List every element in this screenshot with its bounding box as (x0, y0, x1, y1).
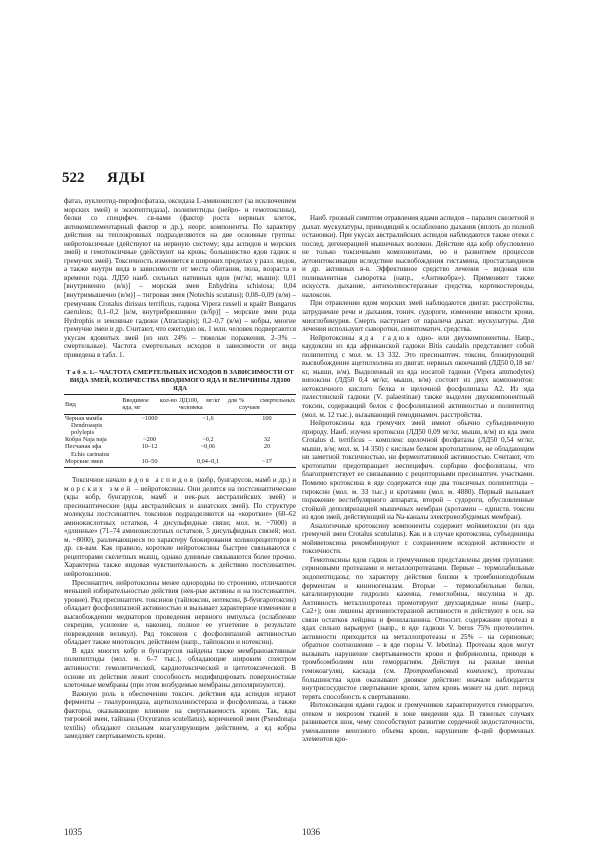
paragraph: Нейротоксины яда гадюк одно- или двухком… (302, 334, 534, 419)
paragraph: В ядах многих кобр и бунгарусов найдены … (64, 647, 296, 690)
paragraph: Нейротоксины яда гремучих змей имеют обы… (302, 419, 534, 522)
table-header: ЛД100, мг/кг для человека (178, 395, 238, 414)
mortality-table: Вид Вводимое кол-во яда, мг ЛД100, мг/кг… (64, 394, 296, 468)
paragraph: Аналогичные кротоксину компоненты содерж… (302, 522, 534, 556)
table-row: Кобра Naja naja ~200 ~0,2 32 (64, 436, 296, 443)
table-row: Песчаная эфаEchis carinatus 10–12 ~0,06 … (64, 443, 296, 457)
paragraph: Пресинаптич. нейротоксины менее однородн… (64, 579, 296, 647)
table-header: % смертельных случаев (238, 395, 296, 414)
table-row: Морские змеи 10–50 0,04–0,1 ~17 (64, 458, 296, 468)
paragraph: Токсичное начало ядов аспидов (кобр, бун… (64, 476, 296, 579)
paragraph: Гемотоксины ядов гадюк и гремучников пре… (302, 556, 534, 701)
page-header: 522 ЯДЫ (62, 170, 146, 187)
column-number-left: 1035 (64, 827, 82, 837)
right-column: Наиб. грозный симптом отравления ядами а… (302, 214, 534, 744)
cross-reference-link[interactable]: Протромбиновый комплекс (404, 667, 494, 675)
column-number-right: 1036 (302, 827, 320, 837)
table-header: Вид (64, 395, 121, 414)
paragraph: Важную роль в обеспечении токсич. действ… (64, 690, 296, 741)
paragraph: фатаз, нуклеотид-пирофосфатаза, оксидаза… (64, 197, 296, 359)
paragraph: При отравлении ядом морских змей наблюда… (302, 299, 534, 333)
left-column: фатаз, нуклеотид-пирофосфатаза, оксидаза… (64, 197, 296, 741)
paragraph: Интоксикация ядами гадюк и гремучников х… (302, 701, 534, 744)
table-row: Черная мамбаDendroaspis polylepis ~1000 … (64, 414, 296, 436)
page-number: 522 (62, 170, 107, 187)
paragraph: Наиб. грозный симптом отравления ядами а… (302, 214, 534, 299)
table-caption: Т а б л. 1.– ЧАСТОТА СМЕРТЕЛЬНЫХ ИСХОДОВ… (64, 369, 296, 392)
running-head: ЯДЫ (107, 170, 146, 187)
table-header: Вводимое кол-во яда, мг (121, 395, 178, 414)
